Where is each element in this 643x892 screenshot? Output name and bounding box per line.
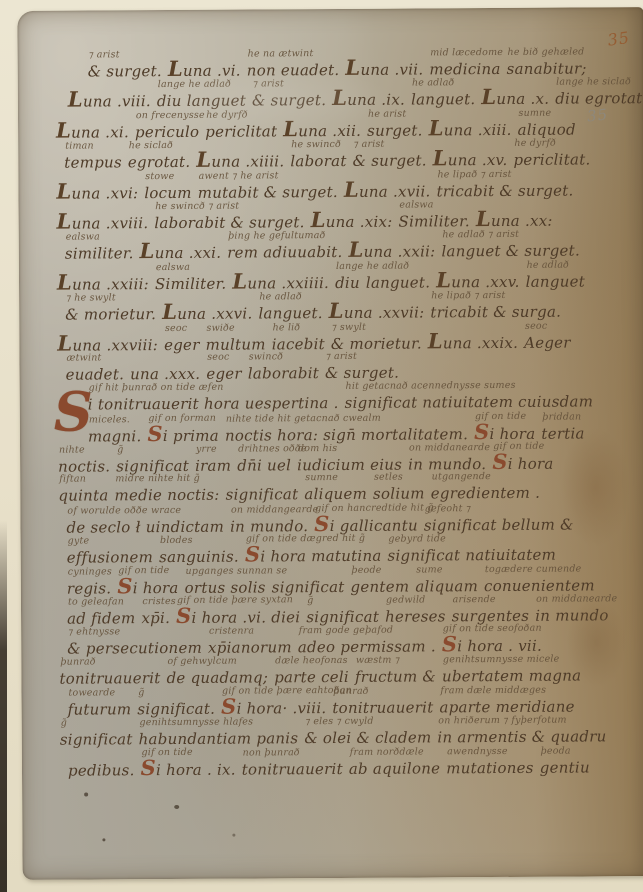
interlinear-gloss: non þunrað: [243, 748, 300, 758]
interlinear-gloss: on middanearde: [536, 594, 617, 604]
glossed-segment: gif on tide dægred hit g̃Si hora matutin…: [245, 535, 382, 567]
initial-letter: L: [283, 116, 298, 141]
initial-letter: S: [442, 632, 458, 657]
glossed-segment: genihtsumnysse hlafeshabundantiam panis: [138, 718, 298, 749]
latin-text: Luna .xv.: [433, 149, 508, 170]
interlinear-gloss: on hriðerum ⁊ fyþerfotum: [438, 715, 566, 726]
latin-text: languet: [526, 271, 585, 291]
interlinear-gloss: genihtsumnysse hlafes: [139, 717, 253, 728]
latin-text: solium: [373, 484, 425, 504]
glossed-segment: he adlaðlanguet: [526, 261, 586, 291]
glossed-segment: gif on tideSi hora: [474, 412, 535, 443]
glossed-segment: seoceger: [206, 353, 242, 383]
interlinear-gloss: gefeoht ⁊: [425, 504, 471, 514]
glossed-segment: Luna .xxiiii.: [232, 262, 329, 294]
latin-text: habundantiam panis: [139, 728, 299, 749]
latin-text: ad fidem: [67, 608, 135, 628]
glossed-segment: fram gode geþafodadeo permissam .: [298, 627, 436, 658]
interlinear-gloss: swincð: [249, 352, 283, 362]
latin-text: aliquod: [518, 119, 576, 139]
interlinear-gloss: lange: [336, 262, 364, 272]
glossed-segment: g̃significat: [60, 719, 133, 749]
interlinear-gloss: blodes: [160, 536, 193, 546]
latin-text: Luna .xvi:: [56, 182, 138, 203]
interlinear-gloss: he adlað: [412, 79, 455, 89]
interlinear-gloss: g̃: [61, 718, 67, 728]
interlinear-gloss: gif on tide: [475, 412, 526, 422]
glossed-segment: he adlaðlanguet.: [411, 80, 476, 110]
latin-text: ab aquilone: [349, 758, 441, 779]
initial-letter: L: [481, 84, 496, 109]
latin-text: significat: [226, 485, 299, 505]
interlinear-gloss: cristes: [142, 597, 176, 607]
glossed-segment: una .xxx.: [130, 354, 200, 384]
glossed-segment: gif on tideSi hora: [117, 567, 178, 598]
glossed-segment: gif on formanSi prima: [147, 414, 219, 445]
glossed-segment: he lipað ⁊ aristtricabit & surget.: [436, 170, 573, 201]
interlinear-gloss: gif on tide: [493, 442, 544, 452]
initial-letter: L: [332, 85, 347, 110]
text-line: ⁊ he swylt& morietur.Luna .xxvi.he adlað…: [57, 290, 617, 324]
glossed-segment: of worulde oððe wracede seclo ł uindicta…: [66, 507, 224, 538]
interlinear-gloss: cyninges: [68, 567, 112, 577]
text-line: Sgif hit þunrað on tide æfeni tonitruaue…: [58, 382, 618, 416]
glossed-segment: fiftanquinta: [58, 476, 108, 506]
glossed-segment: togædere cumendeconuenientem: [484, 565, 595, 596]
latin-text: significat: [306, 607, 379, 627]
latin-text: Si hora: [117, 577, 178, 598]
glossed-segment: þunraðtonitruauerit: [59, 658, 160, 689]
latin-text: regis.: [67, 578, 112, 598]
initial-letter: L: [476, 206, 491, 231]
glossed-segment: nihte tide hit getacnað cwealmnoctis hor…: [225, 414, 468, 445]
latin-text: surget.: [367, 120, 423, 140]
interlinear-gloss: midre nihte hit g̃: [115, 474, 200, 485]
latin-text: tricabit & surget.: [436, 180, 573, 201]
latin-text: Luna .xx:: [476, 210, 553, 231]
interlinear-gloss: gif hit þunrað on tide æfen: [89, 383, 224, 394]
latin-text: rem adiuuabit.: [227, 242, 342, 263]
interlinear-gloss: þriddan: [542, 412, 581, 422]
glossed-segment: gedwildhereses: [385, 596, 446, 626]
initial-letter: L: [428, 328, 443, 353]
glossed-segment: fram dæle middægesaparte meridiane: [439, 687, 574, 718]
latin-text: quinta: [58, 486, 108, 506]
text-line: fiftanquintamidre nihte hit g̃medie noct…: [58, 473, 618, 507]
latin-text: de seclo ł uindictam: [66, 517, 224, 538]
latin-text: periculo: [135, 122, 199, 142]
interlinear-gloss: fram norðdæle: [350, 747, 424, 757]
interlinear-gloss: ⁊ arist: [353, 140, 384, 150]
text-line: Luna .xxiii:ealswaSimiliter.Luna .xxiiii…: [57, 260, 617, 294]
glossed-segment: wæstm ⁊fructum &: [355, 656, 436, 686]
glossed-segment: gif on tide seofoðanSi hora . vii.: [442, 625, 542, 657]
glossed-segment: arisendesurgentes: [452, 596, 530, 626]
glossed-segment: mid læcedomemedicina: [429, 49, 500, 79]
latin-text: Luna .xxv.: [436, 271, 520, 293]
latin-text: Luna .ix.: [332, 89, 405, 110]
glossed-segment: Luna .xi.: [56, 111, 129, 142]
latin-text: tonitruauerit: [59, 668, 160, 689]
glossed-segment: ⁊ eles ⁊ cwyld& olei & cladem: [304, 717, 431, 748]
interlinear-gloss: utgangende: [432, 473, 491, 483]
initial-letter: L: [68, 87, 83, 112]
latin-text: Luna .vii.: [345, 58, 423, 79]
glossed-segment: ealswaSimiliter.: [155, 263, 227, 293]
glossed-segment: genihtsumnysse miceleubertatem magna: [442, 655, 581, 686]
latin-text: & morietur.: [65, 304, 156, 325]
glossed-segment: gif on tideSi hora . ix.: [140, 749, 235, 781]
interlinear-gloss: ealswa: [399, 200, 433, 210]
interlinear-gloss: gyte: [68, 537, 90, 547]
glossed-segment: ⁊ ehtnysse& persecutionem: [67, 628, 202, 659]
glossed-segment: ⁊ swylt& morietur.: [331, 323, 422, 354]
latin-text: & surget.: [325, 363, 399, 383]
interlinear-gloss: seoc: [525, 321, 547, 331]
latin-text: magni.: [88, 426, 142, 446]
interlinear-gloss: g̃: [307, 596, 313, 606]
glossed-segment: awendnyssemutationes: [446, 748, 534, 779]
initial-letter: L: [56, 178, 71, 203]
latin-text: gentem: [350, 576, 409, 596]
glossed-segment: Luna .vi.: [168, 50, 241, 81]
interlinear-gloss: he adlað: [259, 292, 302, 302]
glossed-segment: he lipað ⁊ aristtricabit & surga.: [430, 292, 561, 323]
latin-text: Luna .vi.: [168, 60, 241, 81]
glossed-segment: sumnealiquod: [517, 109, 575, 139]
latin-text: Si hora: [492, 453, 553, 474]
glossed-segment: yrreiram: [195, 446, 231, 476]
initial-letter: S: [314, 511, 330, 536]
glossed-segment: gefeoht ⁊significat bellum &: [424, 504, 574, 535]
interlinear-gloss: gif on forman: [148, 413, 216, 423]
initial-letter: L: [348, 237, 363, 262]
text-line: ætwinteuadet.una .xxx.seocegerswincðlabo…: [57, 351, 617, 385]
interlinear-gloss: towearde: [68, 689, 115, 699]
glossed-segment: he adlaðlanguet.: [258, 293, 323, 323]
glossed-segment: awent ⁊ he aristmutabit & surget.: [198, 172, 338, 203]
interlinear-gloss: þunrað: [333, 687, 369, 697]
latin-text: mutationes: [446, 758, 534, 779]
latin-text: eger: [164, 334, 200, 354]
interlinear-gloss: gedwild: [386, 595, 426, 605]
latin-text: in mundo: [535, 605, 609, 625]
interlinear-gloss: he lipað ⁊ arist: [431, 291, 505, 301]
initial-letter: L: [196, 147, 211, 172]
interlinear-gloss: he adlað: [367, 261, 410, 271]
latin-text: Luna .xxix.: [428, 331, 518, 353]
interlinear-gloss: g̃: [138, 688, 144, 698]
latin-text: medie noctis:: [114, 485, 219, 506]
initial-letter: S: [245, 542, 261, 567]
ink-stain: [174, 805, 179, 809]
glossed-segment: miceles.magni.: [88, 416, 142, 446]
glossed-segment: Luna .xix:: [311, 201, 393, 232]
latin-text: eger: [206, 363, 242, 383]
glossed-segment: drihtnes oððedn̄i uel: [237, 445, 291, 475]
latin-text: Luna .viii.: [68, 90, 151, 112]
glossed-segment: on middangeardein mundo.: [230, 506, 308, 536]
interlinear-gloss: sume: [416, 565, 442, 575]
text-line: nihtenoctis.g̃significatyrreiramdrihtnes…: [58, 442, 618, 476]
initial-letter: S: [221, 694, 237, 719]
latin-text: & olei & cladem: [304, 727, 431, 748]
latin-text: Luna .xxvi.: [162, 303, 252, 325]
glossed-segment: ealswasimiliter.: [65, 234, 134, 264]
latin-text: languet.: [411, 90, 475, 110]
latin-text: gentiu: [540, 757, 590, 777]
initial-letter: S: [141, 755, 157, 780]
interlinear-gloss: he bið gehæled: [507, 47, 584, 57]
interlinear-gloss: he adlað: [527, 260, 570, 270]
initial-letter: L: [162, 299, 177, 324]
manuscript-page: 35 35 ⁊ arist& surget.Luna .vi.he na ætw…: [17, 7, 643, 880]
interlinear-gloss: he swincð: [291, 140, 341, 150]
interlinear-gloss: awent ⁊ he arist: [199, 171, 279, 181]
glossed-segment: Luna .xxix.: [428, 321, 518, 353]
interlinear-gloss: gif on tide seofoðan: [443, 624, 542, 635]
text-line: Luna .xviii.he swincð ⁊ aristlaborabit &…: [57, 199, 617, 233]
interlinear-gloss: sumne: [518, 108, 551, 118]
latin-text: tonitruauerit: [242, 759, 343, 780]
interlinear-gloss: mid læcedome: [430, 48, 503, 58]
glossed-segment: lange he adlaðdiu languet: [157, 81, 246, 112]
glossed-segment: he dyrfðpericlitat: [205, 111, 277, 141]
text-line: Luna .xi.on frecenyssepericulohe dyrfðpe…: [56, 108, 616, 142]
glossed-segment: fram norðdæleab aquilone: [349, 748, 441, 779]
glossed-segment: sumealiquam: [415, 566, 478, 596]
glossed-segment: gebyrd tidesignificat natiuitatem: [387, 535, 556, 566]
ink-stain: [232, 834, 235, 837]
interlinear-gloss: seoc: [207, 353, 229, 363]
glossed-segment: Luna .vii.: [345, 48, 423, 79]
text-line: gyteeffusionemblodessanguinis.gif on tid…: [59, 534, 619, 568]
interlinear-gloss: wæstm ⁊: [356, 655, 400, 665]
glossed-segment: Luna .xiiii.: [196, 140, 284, 172]
interlinear-gloss: sumne: [305, 473, 338, 483]
interlinear-gloss: he adlað ⁊ arist: [442, 230, 519, 240]
latin-text: fructum &: [355, 666, 436, 686]
interlinear-gloss: arisende: [453, 595, 496, 605]
glossed-segment: Luna .xv.: [433, 139, 508, 170]
glossed-segment: Luna .xxv.: [436, 261, 520, 293]
latin-text: diu: [335, 273, 360, 293]
photo-background: 35 35 ⁊ arist& surget.Luna .vi.he na ætw…: [0, 0, 643, 892]
interlinear-gloss: he arist: [368, 109, 406, 119]
glossed-segment: langediu: [335, 263, 360, 293]
glossed-segment: on frecenyssepericulo: [135, 112, 200, 142]
glossed-segment: timantempus: [64, 142, 122, 172]
glossed-segment: Luna .ix.: [332, 79, 405, 110]
interlinear-gloss: fiftan: [59, 475, 86, 485]
glossed-segment: he swincð ⁊ aristlaborabit & surget.: [154, 202, 305, 233]
glossed-segment: ⁊ arist& surget.: [325, 353, 399, 383]
glossed-segment: stowelocum: [144, 172, 192, 202]
latin-text: tricabit & surga.: [430, 302, 561, 323]
interlinear-gloss: hit getacnað acennednysse sumes: [345, 381, 515, 392]
latin-text: Luna .x.: [481, 88, 549, 109]
latin-text: Luna .xviii.: [57, 212, 149, 234]
interlinear-gloss: he siclað: [129, 141, 173, 151]
initial-letter: S: [117, 573, 133, 598]
interlinear-gloss: gebyrd tide: [388, 535, 446, 545]
glossed-segment: ⁊ he swylt& morietur.: [65, 294, 156, 325]
glossed-segment: non þunraðtonitruauerit: [242, 749, 343, 780]
interlinear-gloss: gif on tide: [141, 748, 192, 758]
latin-text: Luna .xi.: [56, 121, 129, 142]
text-line: pedibus.gif on tideSi hora . ix.non þunr…: [60, 746, 620, 780]
interlinear-gloss: nihte tide hit getacnað cwealm: [226, 413, 381, 424]
glossed-segment: on hriðerum ⁊ fyþerfotumin armentis & qu…: [437, 716, 606, 747]
latin-text: periclitat.: [513, 150, 590, 170]
initial-letter: L: [429, 115, 444, 140]
latin-text: pedibus.: [68, 760, 135, 780]
initial-letter: L: [168, 56, 183, 81]
text-line: g̃significatgenihtsumnysse hlafeshabunda…: [60, 716, 620, 750]
interlinear-gloss: on middanearde: [409, 443, 490, 453]
latin-text: Luna .xxiii:: [57, 273, 149, 295]
initial-letter: L: [57, 330, 72, 355]
latin-text: parte celi: [274, 667, 349, 687]
initial-letter: L: [140, 238, 155, 263]
glossed-segment: Luna .xxii:: [348, 231, 435, 263]
interlinear-gloss: lange he adlað: [158, 80, 231, 90]
interlinear-gloss: fram gode geþafod: [299, 626, 394, 637]
interlinear-gloss: ⁊ arist: [326, 352, 357, 362]
initial-letter: S: [176, 603, 192, 628]
glossed-segment: dom hisiudicium eius: [297, 445, 402, 476]
glossed-segment: Luna .xvii.: [344, 170, 431, 202]
glossed-segment: significat: [225, 475, 298, 505]
initial-letter: L: [329, 298, 344, 323]
glossed-segment: þeodegentem: [350, 566, 409, 596]
interlinear-gloss: genihtsumnysse micele: [443, 654, 560, 665]
interlinear-gloss: ealswa: [66, 233, 100, 243]
latin-text: & surget.: [252, 90, 326, 110]
initial-letter: L: [433, 145, 448, 170]
glossed-segment: utgangendeegredientem .: [431, 473, 541, 504]
latin-text: locum: [144, 182, 191, 202]
latin-text: Si hora matutina: [245, 545, 382, 567]
latin-text: languet & surget.: [441, 241, 580, 262]
glossed-segment: nihtenoctis.: [58, 446, 110, 476]
latin-text: diu egrotat: [555, 88, 642, 109]
interlinear-gloss: togædere cumende: [485, 564, 582, 575]
latin-text: similiter.: [65, 244, 134, 264]
latin-text: Aeger: [524, 332, 571, 352]
latin-text: significat natiuitatem: [387, 545, 556, 566]
text-line: timantempushe siclaðegrotat.Luna .xiiii.…: [56, 138, 616, 172]
text-line: þunraðtonitruaueritof gehwylcumde quadam…: [59, 655, 619, 689]
latin-text: laborat: [290, 151, 346, 171]
latin-text: dn̄i uel: [237, 455, 291, 475]
glossed-segment: significat: [272, 567, 345, 597]
glossed-segment: Luna .xxiii:: [57, 263, 149, 295]
initial-letter: L: [436, 267, 451, 292]
latin-text: Luna .xxii:: [348, 241, 435, 263]
glossed-segment: g̃significat: [116, 446, 189, 476]
latin-text: mutabit & surget.: [198, 182, 338, 203]
latin-text: diu languet: [157, 91, 246, 112]
glossed-segment: g̃significat.: [137, 689, 215, 719]
latin-text: Luna .xiiii.: [196, 150, 284, 172]
glossed-segment: he bið gehæledsanabitur;: [506, 48, 586, 78]
glossed-segment: of gehwylcumde quadamq;: [166, 657, 268, 688]
interlinear-gloss: þing he gefultumað: [228, 231, 325, 242]
glossed-segment: cristesxp̄i.: [141, 598, 170, 628]
glossed-segment: he adlað ⁊ aristlanguet & surget.: [441, 231, 580, 262]
latin-text: Si prima: [147, 424, 219, 445]
initial-letter: L: [311, 207, 326, 232]
interlinear-gloss: he dyrfð: [206, 110, 248, 120]
latin-text: Luna .xix:: [311, 211, 393, 232]
interlinear-gloss: of worulde oððe wrace: [67, 506, 181, 517]
latin-text: sanguinis.: [159, 547, 239, 567]
glossed-segment: on middaneardein mundo.: [408, 444, 486, 474]
glossed-segment: upganges sunnan seortus solis: [184, 567, 265, 597]
manuscript-photo: { "page": { "folio_ink": "35", "folio_pe…: [0, 0, 643, 892]
initial-letter: L: [344, 176, 359, 201]
glossed-segment: cristenraxp̄ianorum: [208, 628, 292, 659]
latin-text: & surget.: [353, 151, 427, 171]
latin-text: languet.: [258, 303, 322, 323]
glossed-segment: blodessanguinis.: [159, 537, 239, 567]
glossed-segment: Luna .viii.: [68, 80, 151, 112]
glossed-segment: gif on tide þære eahtoðanSi hora· .viii.: [221, 687, 326, 719]
latin-text: sanabitur;: [507, 58, 587, 78]
latin-text: iram: [195, 456, 231, 476]
interlinear-gloss: þunrað: [60, 657, 96, 667]
glossed-segment: gif hit þunrað on tide æfeni tonitruauer…: [88, 383, 339, 415]
glossed-segment: to geleafanad fidem: [67, 598, 136, 628]
glossed-segment: he dyrfðpericlitat.: [513, 140, 590, 170]
ink-stain: [102, 838, 105, 841]
latin-text: Si hora . ix.: [141, 759, 236, 781]
latin-text: non euadet.: [247, 60, 340, 81]
initial-letter: S: [492, 449, 508, 474]
interlinear-gloss: nihte: [59, 446, 85, 456]
latin-text: una .xxx.: [130, 364, 200, 384]
glossed-segment: gif on hancredtide hit g̃Si gallicantu: [314, 504, 418, 536]
latin-text: egrotat.: [128, 152, 191, 172]
interlinear-gloss: of gehwylcum: [167, 656, 237, 666]
latin-text: Luna .xxvii:: [329, 302, 425, 324]
latin-text: Si hora .vi. diei: [176, 606, 300, 628]
latin-text: Similiter.: [398, 211, 470, 231]
interlinear-gloss: gif on tide þære syxtan: [177, 595, 293, 606]
glossed-segment: he na ætwintnon euadet.: [247, 50, 340, 81]
initial-letter: L: [345, 55, 360, 80]
glossed-segment: hit getacnað acennednysse sumessignifica…: [344, 382, 593, 414]
glossed-segment: Luna .xxvii:: [329, 292, 425, 324]
interlinear-gloss: swiðe: [206, 323, 234, 333]
interlinear-gloss: ealswa: [156, 263, 190, 273]
glossed-segment: swincðlaborabit: [248, 353, 319, 383]
interlinear-gloss: he lið: [273, 323, 301, 333]
interlinear-gloss: gif on tide dægred hit g̃: [246, 534, 365, 545]
glossed-segment: Luna .xx:: [476, 200, 553, 231]
interlinear-gloss: ⁊ arist: [253, 80, 284, 90]
initial-letter: L: [232, 268, 247, 293]
glossed-segment: þing he gefultumaðrem adiuuabit.: [227, 232, 343, 263]
latin-text: periclitat: [205, 121, 277, 141]
latin-text: xp̄i.: [141, 608, 170, 628]
interlinear-gloss: ⁊ he swylt: [66, 293, 116, 303]
glossed-segment: dæle heofonasparte celi: [274, 657, 349, 687]
text-line: Luna .xvi:stowelocumawent ⁊ he aristmuta…: [56, 169, 616, 203]
latin-text: ubertatem magna: [442, 665, 581, 686]
initial-letter: S: [474, 419, 490, 444]
